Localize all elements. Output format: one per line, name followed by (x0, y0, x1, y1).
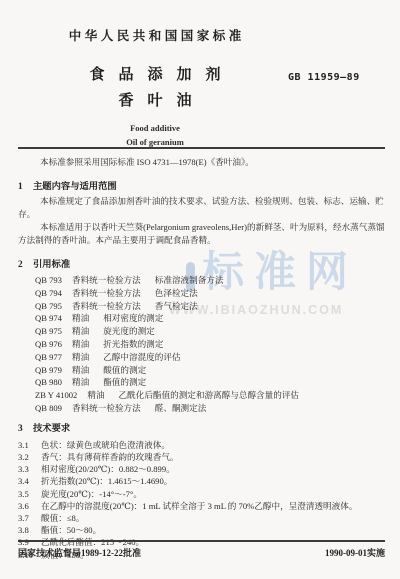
requirement-text: 香气：具有薄荷样香韵的玫瑰香气。 (41, 451, 387, 463)
reference-subtitle: 旋光度的测定 (103, 326, 155, 336)
requirement-number: 3.6 (18, 500, 41, 512)
reference-name: 精油 (72, 365, 89, 375)
reference-name: 香料统一检验方法 (72, 403, 141, 413)
reference-code: QB 974 (35, 313, 62, 323)
reference-item: ZB Y 41002精油乙酰化后酯值的测定和游离醇与总醇含量的评估 (35, 389, 387, 402)
reference-code: QB 975 (35, 326, 62, 336)
reference-code: QB 793 (35, 275, 62, 285)
requirement-item: 3.4折光指数(20℃)：1.4615～1.4690。 (18, 475, 387, 487)
section1-number: 1 (18, 182, 33, 192)
reference-item: QB 977精油乙醇中溶混度的评估 (35, 351, 387, 364)
requirement-text: 折光指数(20℃)：1.4615～1.4690。 (41, 475, 387, 487)
reference-item: QB 975精油旋光度的测定 (35, 325, 387, 338)
reference-code: QB 794 (35, 288, 62, 298)
reference-name: 香料统一检验方法 (72, 275, 141, 285)
reference-subtitle: 乙醇中溶混度的评估 (103, 352, 180, 362)
footer-divider (18, 540, 385, 542)
document-body: 本标准参照采用国际标准 ISO 4731—1978(E)《香叶油》。 1主题内容… (18, 156, 387, 561)
document-title-cn-line2: 香叶油 (14, 89, 296, 110)
section1-paragraph-2: 本标准适用于以香叶天竺葵(Pelargonium graveolens,Her)… (18, 221, 387, 247)
reference-item: QB 979精油酸值的测定 (35, 364, 387, 377)
reference-item: QB 794香料统一检验方法色泽检定法 (35, 287, 387, 300)
header-divider (18, 147, 385, 149)
section3-number: 3 (18, 424, 33, 434)
reference-subtitle: 折光指数的测定 (103, 339, 163, 349)
section2-number: 2 (18, 260, 33, 270)
reference-item: QB 793香料统一检验方法标准溶液制备方法 (35, 274, 387, 287)
requirement-number: 3.8 (18, 524, 41, 536)
requirement-item: 3.8酯值：50～80。 (18, 524, 387, 536)
implementation-date: 1990-09-01实施 (325, 546, 385, 559)
section1-paragraph-1: 本标准规定了食品添加剂香叶油的技术要求、试验方法、检验规则、包装、标志、运输、贮… (18, 195, 387, 221)
requirement-number: 3.1 (18, 439, 41, 451)
reference-item: QB 976精油折光指数的测定 (35, 338, 387, 351)
section3-title: 技术要求 (33, 424, 70, 434)
section1-title: 主题内容与适用范围 (33, 182, 117, 192)
requirement-number: 3.4 (18, 475, 41, 487)
reference-item: QB 809香料统一检验方法醛、酮测定法 (35, 402, 387, 415)
reference-name: 香料统一检验方法 (72, 301, 141, 311)
requirement-text: 相对密度(20/20℃)：0.882～0.899。 (41, 463, 387, 475)
section1-heading: 1主题内容与适用范围 (18, 178, 387, 192)
reference-code: QB 980 (35, 377, 62, 387)
requirement-item: 3.6在乙醇中的溶混度(20℃)：1 mL 试样全溶于 3 mL 的 70%乙醇… (18, 500, 387, 512)
reference-subtitle: 香气检定法 (155, 301, 198, 311)
section2-title: 引用标准 (33, 260, 70, 270)
requirement-text: 旋光度(20℃)：-14°～-7°。 (41, 488, 387, 500)
reference-subtitle: 酸值的测定 (103, 365, 146, 375)
requirement-text: 色状：绿黄色或琥珀色澄清液体。 (41, 439, 387, 451)
reference-name: 精油 (72, 377, 89, 387)
reference-name: 精油 (72, 326, 89, 336)
standard-document-page: 标准网 WWW.IBIAOZHUN.COM 中华人民共和国国家标准 食品添加剂 … (0, 0, 400, 579)
reference-code: QB 977 (35, 352, 62, 362)
reference-name: 精油 (87, 390, 104, 400)
referenced-standards-list: QB 793香料统一检验方法标准溶液制备方法 QB 794香料统一检验方法色泽检… (18, 274, 387, 415)
technical-requirements-list: 3.1色状：绿黄色或琥珀色澄清液体。 3.2香气：具有薄荷样香韵的玫瑰香气。 3… (18, 439, 387, 561)
requirement-item: 3.7酸值：≤8。 (18, 512, 387, 524)
section2-heading: 2引用标准 (18, 256, 387, 270)
requirement-text: 酸值：≤8。 (41, 512, 387, 524)
requirement-item: 3.2香气：具有薄荷样香韵的玫瑰香气。 (18, 451, 387, 463)
reference-item: QB 795香料统一检验方法香气检定法 (35, 300, 387, 313)
reference-code: ZB Y 41002 (35, 390, 77, 400)
reference-subtitle: 醛、酮测定法 (155, 403, 207, 413)
reference-subtitle: 色泽检定法 (155, 288, 198, 298)
document-title-cn-line1: 食品添加剂 (14, 63, 296, 84)
reference-name: 香料统一检验方法 (72, 288, 141, 298)
requirement-text: 在乙醇中的溶混度(20℃)：1 mL 试样全溶于 3 mL 的 70%乙醇中，呈… (41, 500, 387, 512)
reference-subtitle: 乙酰化后酯值的测定和游离醇与总醇含量的评估 (119, 390, 299, 400)
section1-paragraphs: 本标准规定了食品添加剂香叶油的技术要求、试验方法、检验规则、包装、标志、运输、贮… (18, 195, 387, 247)
requirement-number: 3.7 (18, 512, 41, 524)
reference-code: QB 979 (35, 365, 62, 375)
requirement-item: 3.3相对密度(20/20℃)：0.882～0.899。 (18, 463, 387, 475)
reference-name: 精油 (72, 352, 89, 362)
reference-subtitle: 相对密度的测定 (103, 313, 163, 323)
authority-line: 中华人民共和国国家标准 (14, 26, 296, 44)
intro-paragraph: 本标准参照采用国际标准 ISO 4731—1978(E)《香叶油》。 (18, 156, 387, 168)
requirement-number: 3.3 (18, 463, 41, 475)
document-title-en: Food additive Oil of geranium (14, 121, 296, 149)
reference-item: QB 980精油酯值的测定 (35, 376, 387, 389)
document-header: 中华人民共和国国家标准 食品添加剂 香叶油 Food additive Oil … (14, 26, 296, 149)
approval-authority-date: 国家技术监督局1989-12-22批准 (18, 546, 141, 559)
reference-subtitle: 标准溶液制备方法 (155, 275, 224, 285)
requirement-number: 3.2 (18, 451, 41, 463)
reference-code: QB 976 (35, 339, 62, 349)
title-en-line1: Food additive (14, 121, 296, 135)
requirement-item: 3.5旋光度(20℃)：-14°～-7°。 (18, 488, 387, 500)
document-footer: 国家技术监督局1989-12-22批准 1990-09-01实施 (18, 546, 385, 559)
requirement-number: 3.5 (18, 488, 41, 500)
reference-name: 精油 (72, 339, 89, 349)
reference-subtitle: 酯值的测定 (103, 377, 146, 387)
reference-name: 精油 (72, 313, 89, 323)
reference-code: QB 795 (35, 301, 62, 311)
standard-number: GB 11959—89 (288, 72, 360, 83)
reference-item: QB 974精油相对密度的测定 (35, 312, 387, 325)
section3-heading: 3技术要求 (18, 420, 387, 434)
reference-code: QB 809 (35, 403, 62, 413)
requirement-text: 酯值：50～80。 (41, 524, 387, 536)
requirement-item: 3.1色状：绿黄色或琥珀色澄清液体。 (18, 439, 387, 451)
